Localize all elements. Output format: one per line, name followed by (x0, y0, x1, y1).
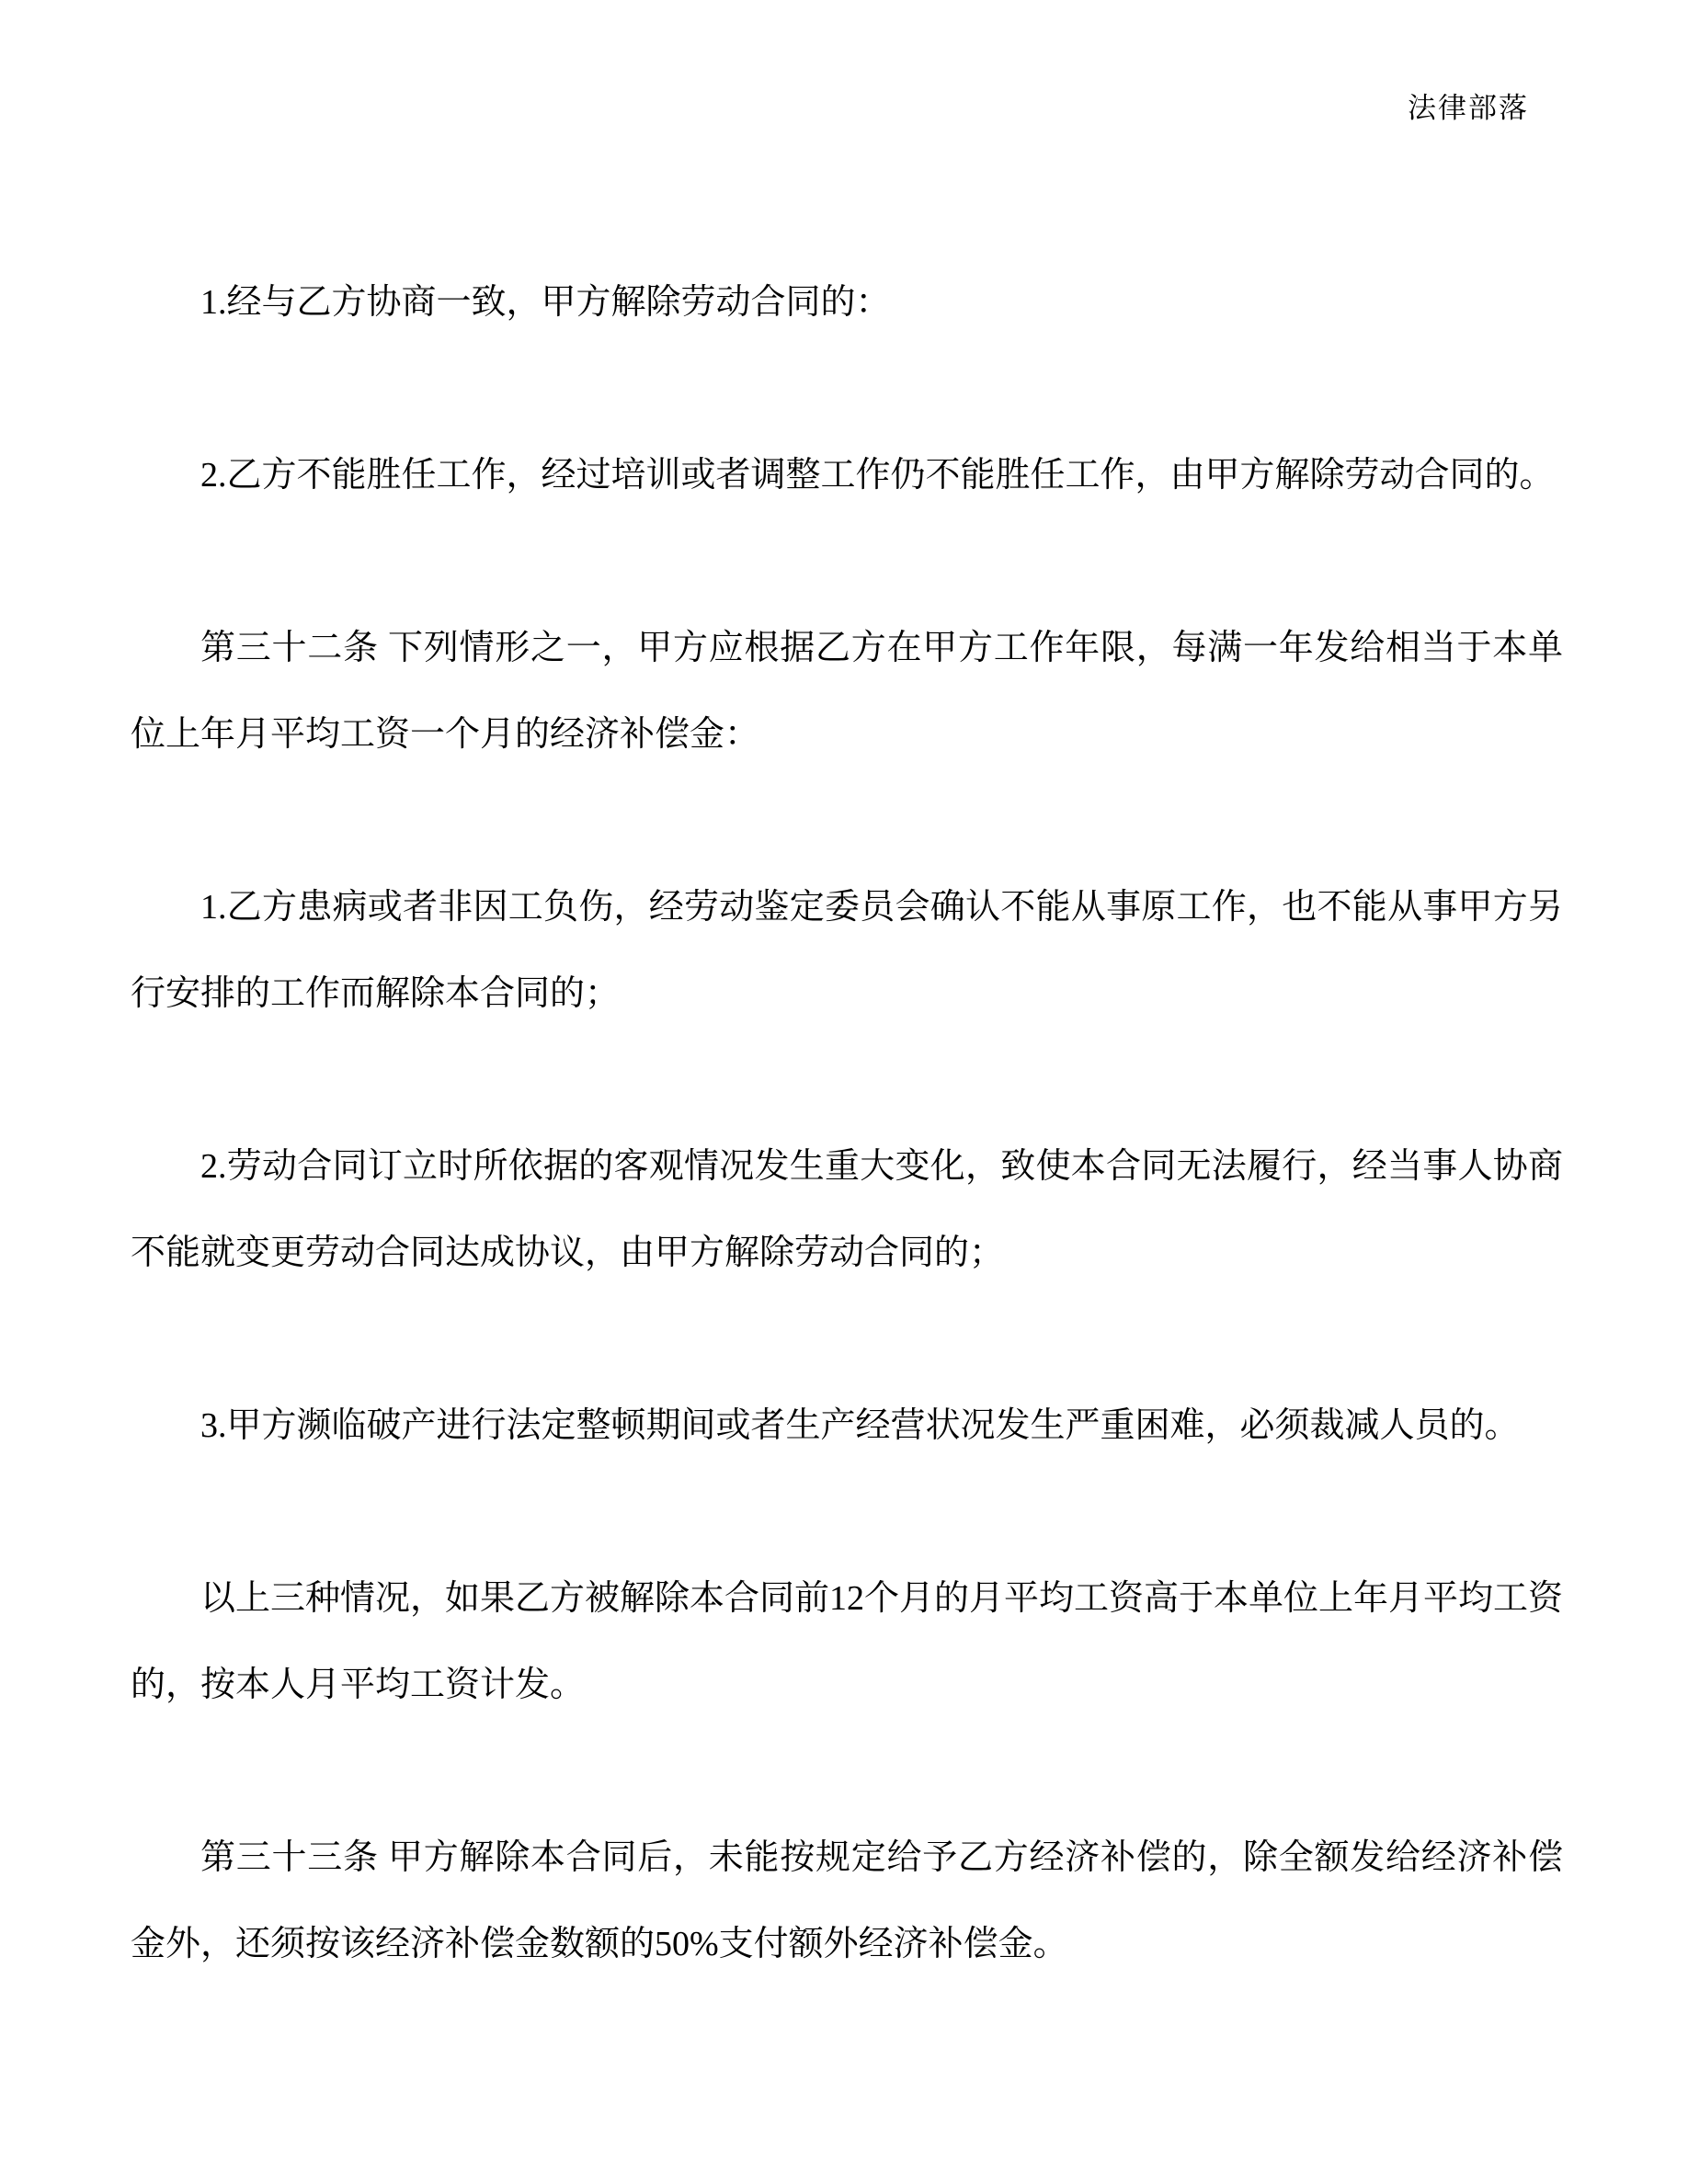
paragraph: 1.乙方患病或者非因工负伤，经劳动鉴定委员会确认不能从事原工作，也不能从事甲方另… (131, 864, 1563, 1037)
paragraph: 以上三种情况，如果乙方被解除本合同前12个月的月平均工资高于本单位上年月平均工资… (131, 1555, 1563, 1728)
document-page: 法律部落 1.经与乙方协商一致，甲方解除劳动合同的：2.乙方不能胜任工作，经过培… (0, 0, 1688, 2184)
document-body: 1.经与乙方协商一致，甲方解除劳动合同的：2.乙方不能胜任工作，经过培训或者调整… (0, 125, 1688, 1987)
paragraph: 第三十三条 甲方解除本合同后，未能按规定给予乙方经济补偿的，除全额发给经济补偿金… (131, 1814, 1563, 1987)
paragraph: 第三十二条 下列情形之一，甲方应根据乙方在甲方工作年限，每满一年发给相当于本单位… (131, 605, 1563, 778)
paragraph: 2.劳动合同订立时所依据的客观情况发生重大变化，致使本合同无法履行，经当事人协商… (131, 1123, 1563, 1296)
page-header: 法律部落 (0, 0, 1688, 125)
brand-watermark: 法律部落 (1408, 92, 1529, 124)
paragraph: 1.经与乙方协商一致，甲方解除劳动合同的： (131, 259, 1563, 346)
paragraph: 3.甲方濒临破产进行法定整顿期间或者生产经营状况发生严重困难，必须裁减人员的。 (131, 1382, 1563, 1469)
paragraph: 2.乙方不能胜任工作，经过培训或者调整工作仍不能胜任工作，由甲方解除劳动合同的。 (131, 432, 1563, 518)
